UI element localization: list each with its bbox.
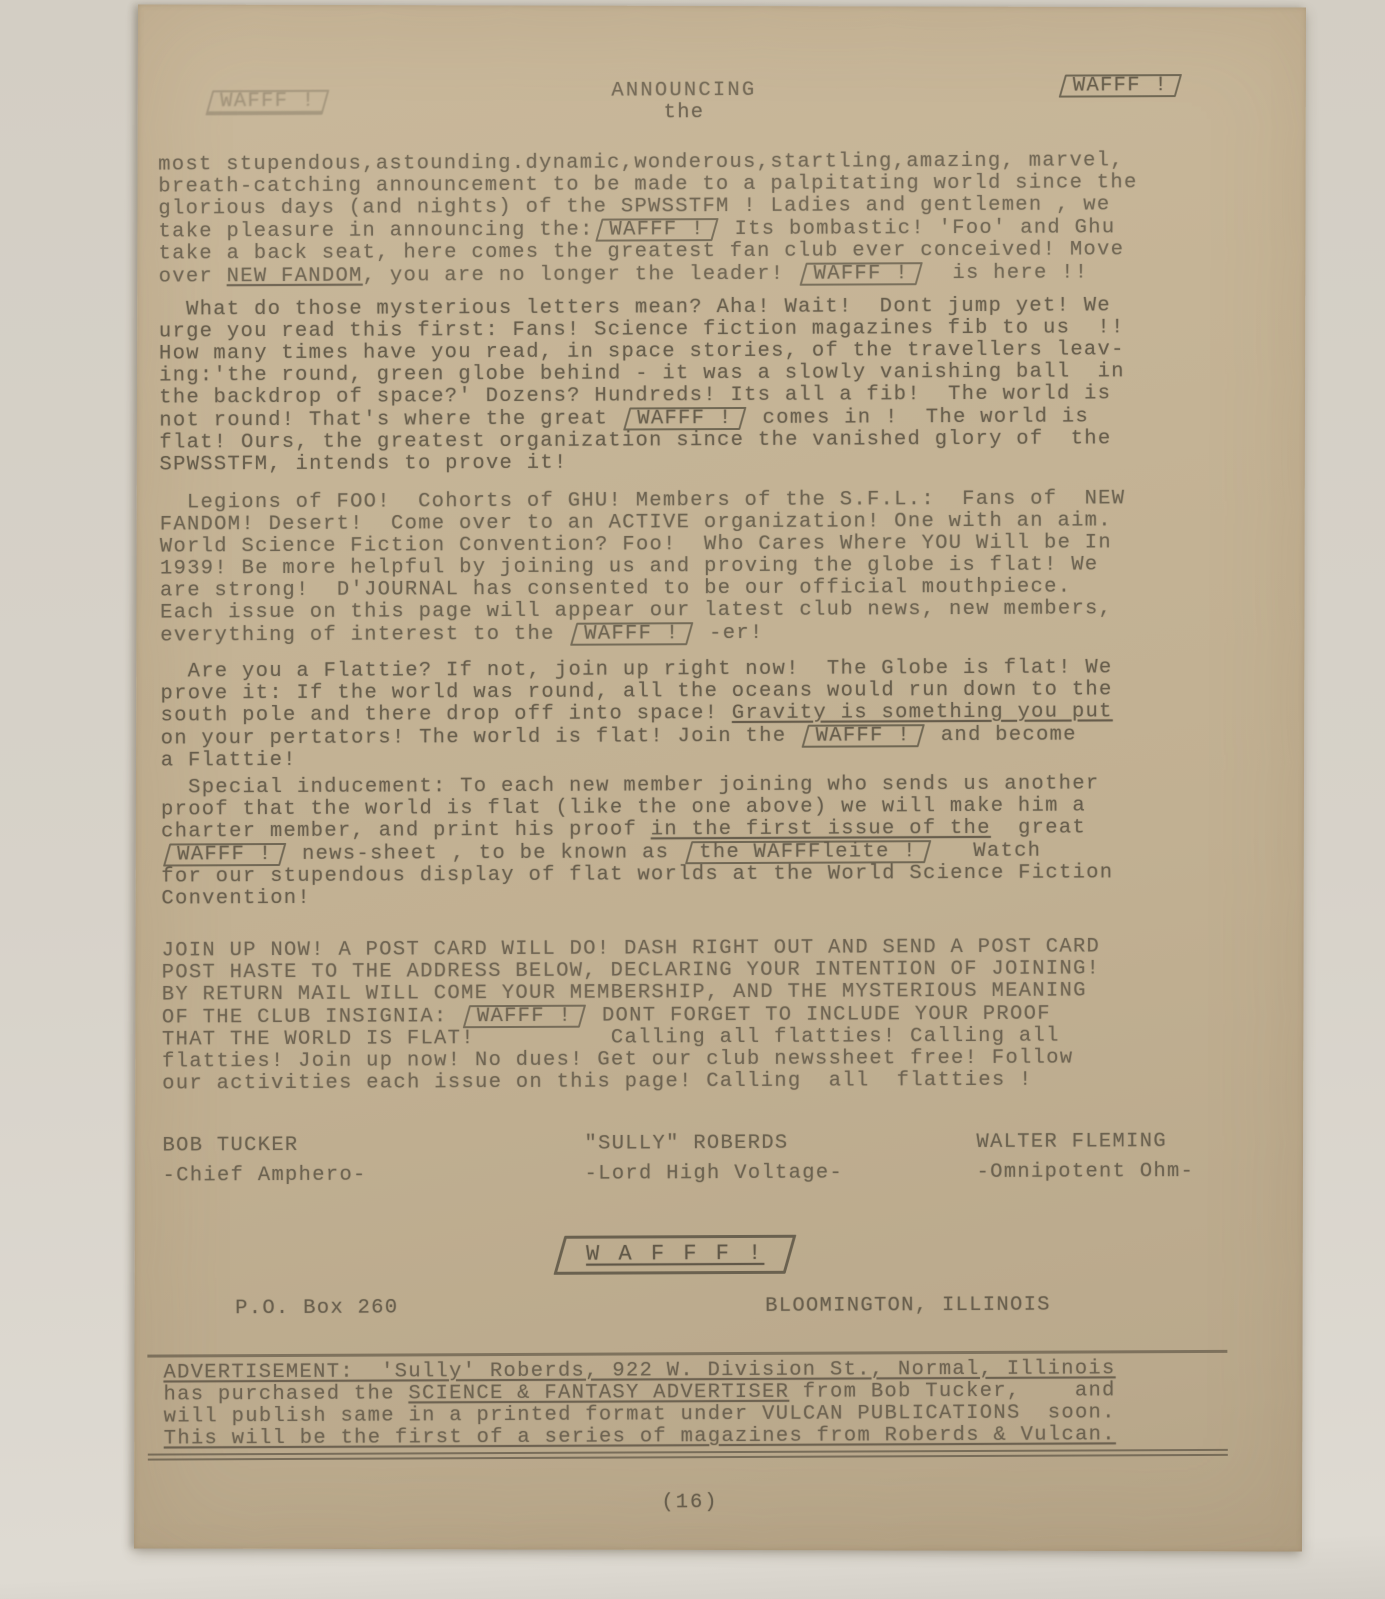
wafff-stamp-label: the WAFFFleite ! <box>699 842 917 862</box>
signature-row: BOB TUCKER -Chief Amphero- "SULLY" ROBER… <box>162 1131 1214 1194</box>
wafff-stamp: WAFFF ! <box>800 262 924 286</box>
text-run: Each issue on this page will appear our … <box>160 597 1112 624</box>
po-box: P.O. Box 260 <box>235 1297 398 1320</box>
text-run: from Bob Tucker, and <box>789 1379 1116 1403</box>
text-run: comes in ! The world is <box>749 405 1089 429</box>
text-run: not round! That's where the great <box>159 408 622 433</box>
paragraph-join-up: JOIN UP NOW! A POST CARD WILL DO! DASH R… <box>162 936 1215 1096</box>
text-run: news-sheet , to be known as <box>288 841 683 866</box>
text-run: is here !! <box>925 261 1088 285</box>
text-run: -er! <box>695 622 763 645</box>
text-run: flat! Ours, the greatest organization si… <box>159 427 1111 454</box>
underlined-text: in the first issue of the <box>651 817 991 841</box>
underlined-text: This will be the first of a series of ma… <box>164 1423 1116 1450</box>
wafff-banner-label: W A F F F ! <box>586 1241 764 1268</box>
signature-title: -Chief Amphero- <box>163 1165 367 1188</box>
fanzine-page: WAFFF ! ANNOUNCING the WAFFF ! most stup… <box>134 4 1306 1551</box>
text-run: south pole and there drop off into space… <box>161 702 732 727</box>
signature-name: WALTER FLEMING <box>976 1131 1194 1154</box>
text-run: our activities each issue on this page! … <box>162 1069 1033 1096</box>
text-run: over <box>159 265 227 288</box>
text-run: SPWSSTFM, intends to prove it! <box>159 452 567 477</box>
text-run: a Flattie! <box>161 749 297 773</box>
underlined-text: NEW FANDOM <box>227 265 363 289</box>
text-run: charter member, and print his proof <box>161 818 651 843</box>
text-run: Convention! <box>161 887 311 911</box>
signature-bob-tucker: BOB TUCKER -Chief Amphero- <box>162 1135 366 1188</box>
text-run: take pleasure in announcing the: <box>158 219 593 244</box>
text-run: Watch <box>932 840 1041 863</box>
address-row: P.O. Box 260 BLOOMINGTON, ILLINOIS <box>163 1294 1215 1323</box>
underlined-text: Gravity is something you put <box>732 700 1113 725</box>
wafff-stamp-label: WAFFF ! <box>610 220 705 239</box>
page-header: WAFFF ! ANNOUNCING the WAFFF ! <box>158 78 1210 143</box>
wafff-stamp-label: WAFFF ! <box>816 726 911 745</box>
wafff-stamp: WAFFF ! <box>595 218 719 242</box>
text-run: for our stupendous display of flat world… <box>161 861 1113 888</box>
wafff-stamp: WAFFF ! <box>802 724 926 748</box>
page-content: WAFFF ! ANNOUNCING the WAFFF ! most stup… <box>158 78 1216 1517</box>
signature-name: "SULLY" ROBERDS <box>584 1133 843 1156</box>
text-run: , you are no longer the leader! <box>363 263 798 288</box>
signature-sully-roberds: "SULLY" ROBERDS -Lord High Voltage- <box>584 1133 843 1186</box>
city-state: BLOOMINGTON, ILLINOIS <box>765 1295 1051 1318</box>
wafff-banner-stamp: W A F F F ! <box>553 1235 796 1275</box>
paragraph-flattie: Are you a Flattie? If not, join up right… <box>160 657 1212 773</box>
wafff-stamp-label: WAFFF ! <box>638 409 733 428</box>
wafff-stamp: WAFFF ! <box>624 407 748 431</box>
wafff-stamp: WAFFF ! <box>463 1005 587 1029</box>
text-run: and become <box>927 724 1077 748</box>
text-run: OF THE CLUB INSIGNIA: <box>162 1005 461 1029</box>
text-run: DONT FORGET TO INCLUDE YOUR PROOF <box>588 1003 1051 1028</box>
banner-row: W A F F F ! <box>149 1233 1201 1277</box>
paragraph-legions: Legions of FOO! Cohorts of GHU! Members … <box>160 488 1213 648</box>
wafff-stamp-label: WAFFF ! <box>477 1007 572 1026</box>
text-run: everything of interest to the <box>160 623 568 648</box>
text-run: has purchased the <box>163 1382 408 1406</box>
text-run: on your pertators! The world is flat! Jo… <box>161 725 800 751</box>
paragraph-mysterious-letters: What do those mysterious letters mean? A… <box>159 295 1212 477</box>
wafff-stamp-label: WAFFF ! <box>177 845 272 864</box>
paragraph-announcement: most stupendous,astounding.dynamic,wonde… <box>158 150 1211 289</box>
wafff-stamp-header-label: WAFFF ! <box>1073 76 1168 95</box>
signature-title: -Omnipotent Ohm- <box>977 1161 1195 1184</box>
text-run: Its bombastic! 'Foo' and Ghu <box>721 216 1116 241</box>
wafff-stamp: WAFFF ! <box>570 622 694 646</box>
signature-walter-fleming: WALTER FLEMING -Omnipotent Ohm- <box>976 1131 1194 1184</box>
wafff-stamp: WAFFF ! <box>163 843 287 867</box>
wafff-stamp-label: WAFFF ! <box>814 264 909 283</box>
signature-name: BOB TUCKER <box>162 1135 366 1158</box>
wafff-stamp-header: WAFFF ! <box>1058 74 1182 98</box>
wafff-stamp: the WAFFFleite ! <box>685 840 931 864</box>
wafff-stamp-label: WAFFF ! <box>584 624 679 643</box>
underlined-text: SCIENCE & FANTASY ADVERTISER <box>408 1381 789 1406</box>
page-number: (16) <box>164 1490 1216 1517</box>
paragraph-inducement: Special inducement: To each new member j… <box>161 773 1214 911</box>
advertisement-block: ADVERTISEMENT: 'Sully' Roberds, 922 W. D… <box>147 1350 1227 1461</box>
text-run: great <box>991 816 1086 839</box>
page-subtitle: the <box>158 100 1210 127</box>
signature-title: -Lord High Voltage- <box>585 1163 844 1186</box>
